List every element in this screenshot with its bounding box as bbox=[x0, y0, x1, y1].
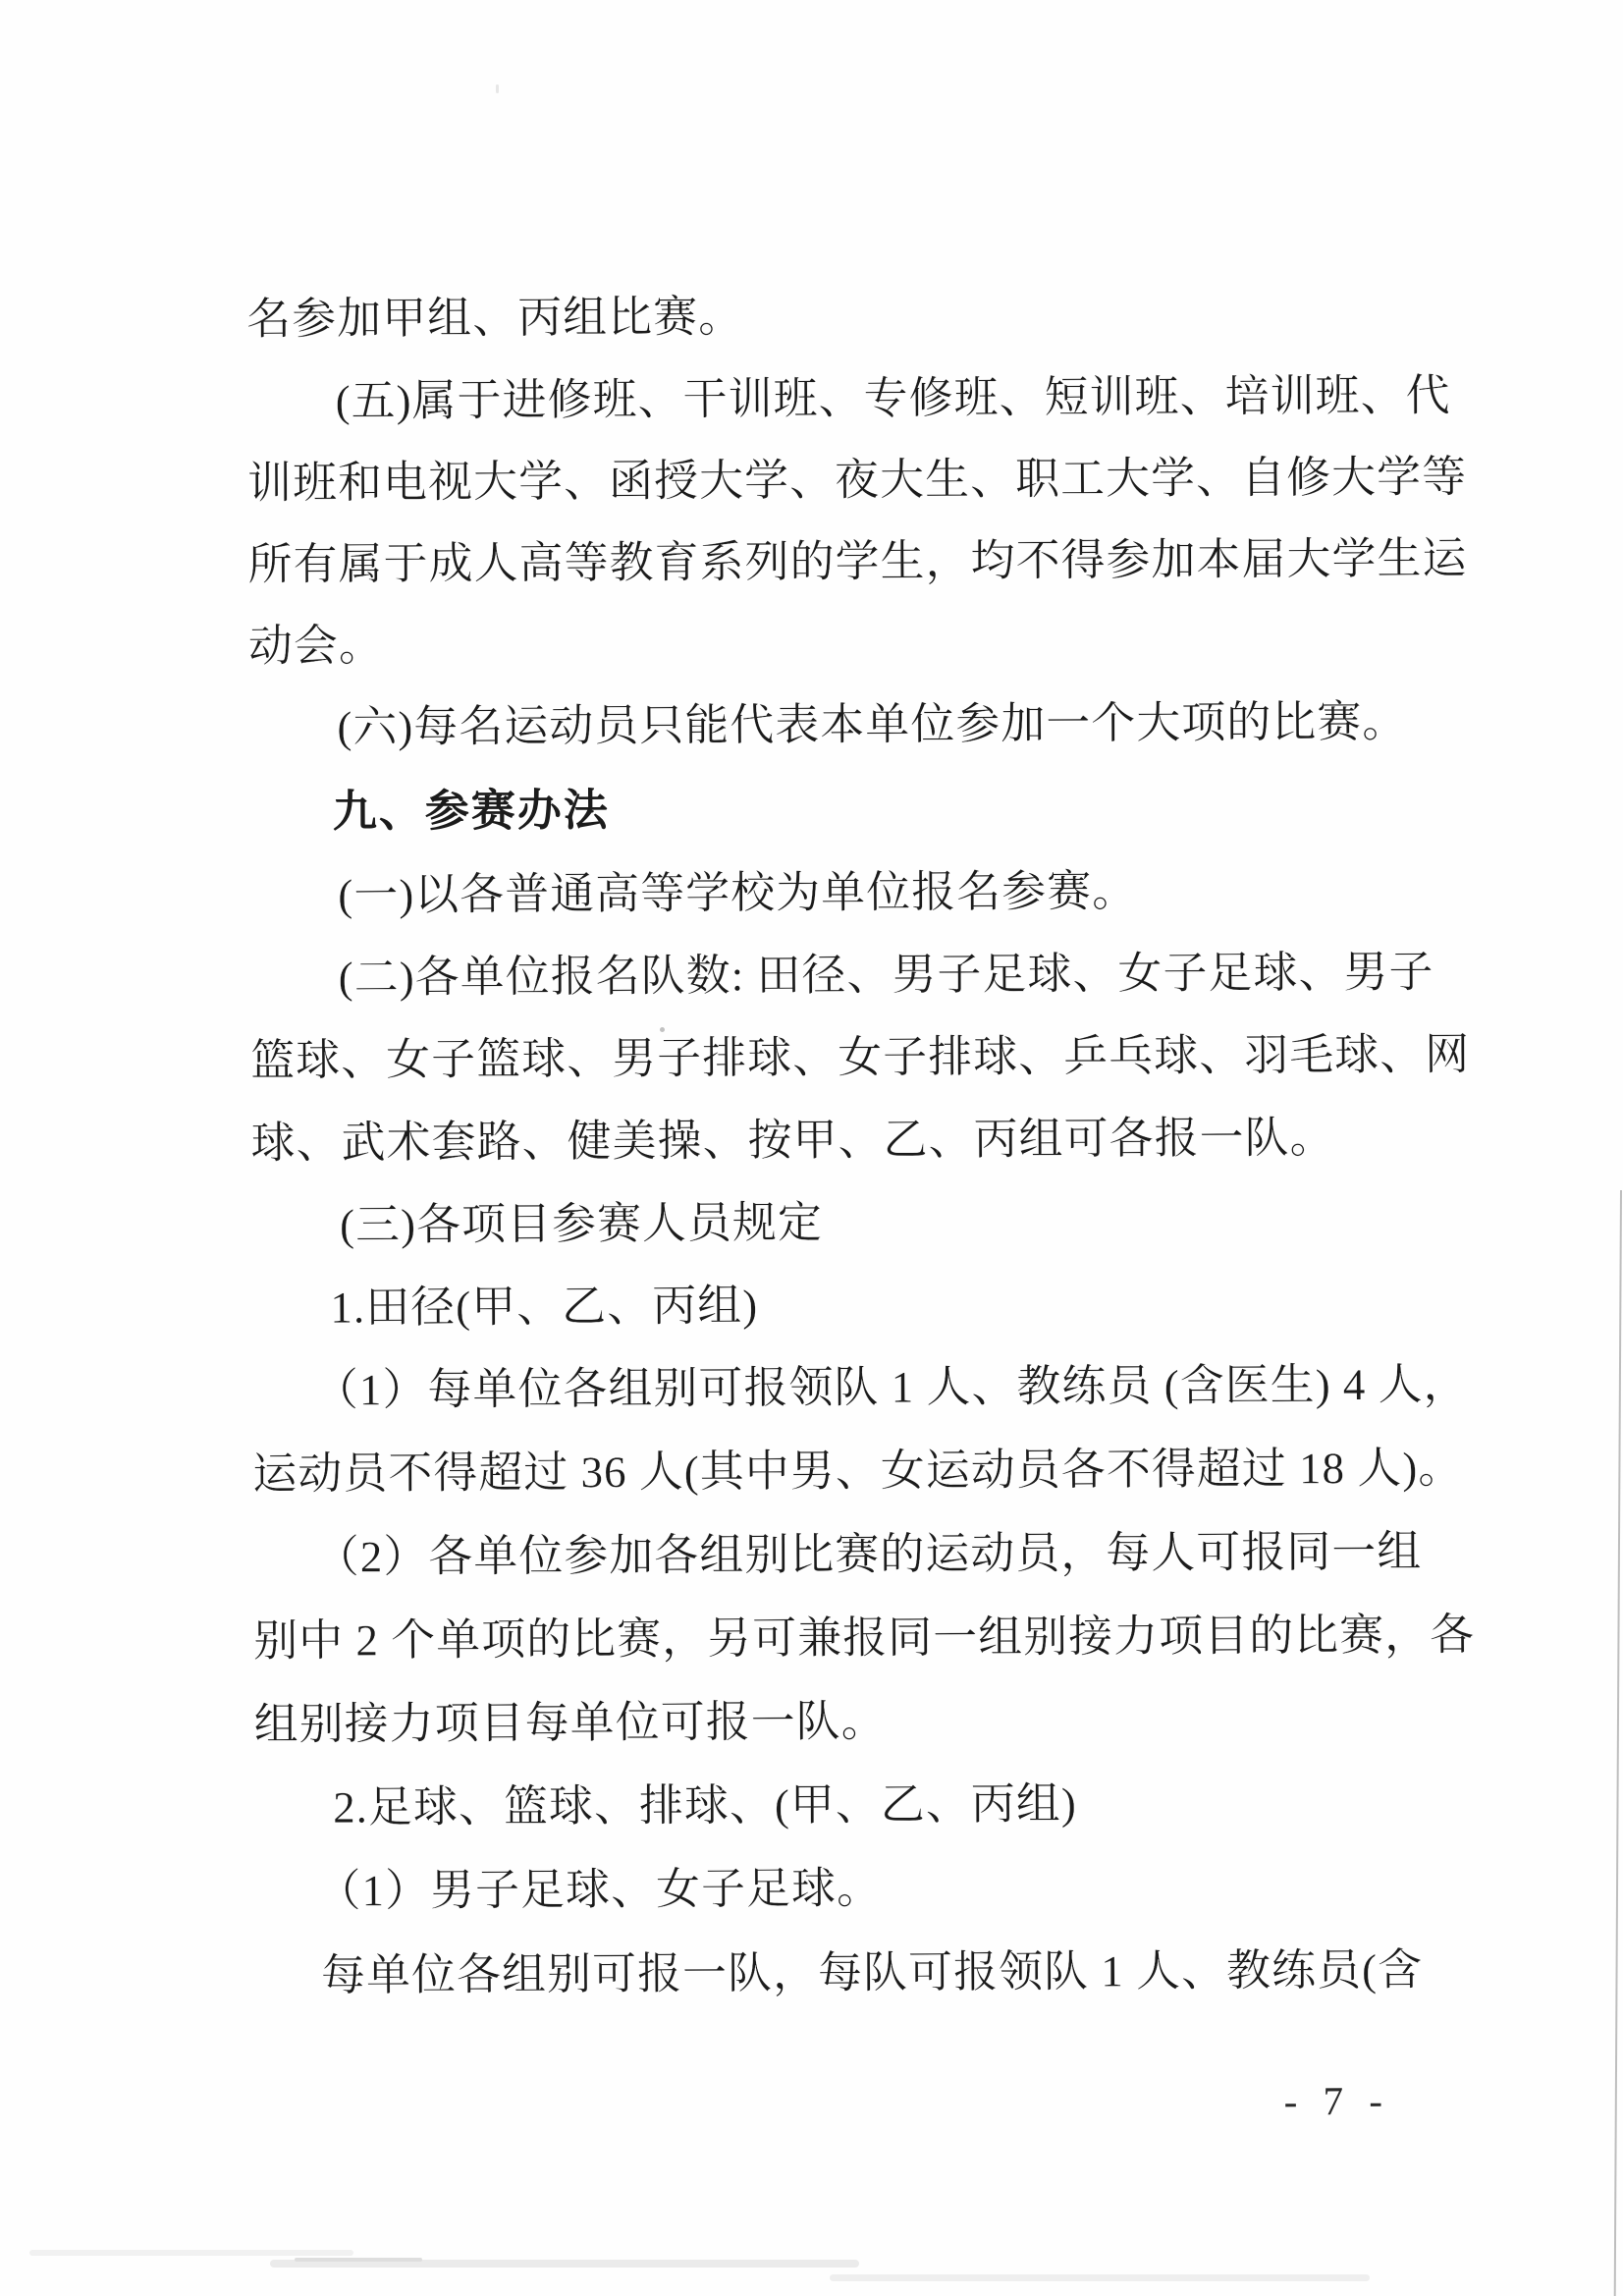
section-heading: 九、参赛办法 bbox=[333, 789, 610, 834]
doc-line-18: 组别接力项目每单位可报一队。 bbox=[254, 1700, 887, 1747]
doc-line-21: 每单位各组别可报一队，每队可报领队 1 人、教练员(含 bbox=[321, 1948, 1423, 1998]
doc-line-17: 别中 2 个单项的比赛，另可兼报同一组别接力项目的比赛，各 bbox=[253, 1613, 1475, 1664]
doc-line-15: 运动员不得超过 36 人(其中男、女运动员各不得超过 18 人)。 bbox=[252, 1447, 1463, 1497]
doc-line-2: (五)属于进修班、干训班、专修班、短训班、培训班、代 bbox=[336, 374, 1451, 424]
doc-line-6: (六)每名运动员只能代表本单位参加一个大项的比赛。 bbox=[337, 700, 1407, 750]
doc-line-10: 篮球、女子篮球、男子排球、女子排球、乒乓球、羽毛球、网 bbox=[250, 1032, 1470, 1083]
doc-line-3: 训班和电视大学、函授大学、夜大生、职工大学、自修大学等 bbox=[247, 455, 1467, 506]
doc-line-4: 所有属于成人高等教育系列的学生，均不得参加本届大学生运 bbox=[247, 536, 1467, 587]
doc-line-20: （1）男子足球、女子足球。 bbox=[316, 1867, 882, 1914]
doc-line-16: （2）各单位参加各组别比赛的运动员，每人可报同一组 bbox=[315, 1530, 1423, 1580]
document-body: 名参加甲组、丙组比赛。 (五)属于进修班、干训班、专修班、短训班、培训班、代 训… bbox=[0, 0, 1623, 2296]
doc-line-12: (三)各项目参赛人员规定 bbox=[340, 1201, 823, 1248]
doc-line-1: 名参加甲组、丙组比赛。 bbox=[246, 295, 743, 342]
doc-line-9: (二)各单位报名队数: 田径、男子足球、女子足球、男子 bbox=[339, 951, 1434, 1001]
doc-line-5: 动会。 bbox=[248, 624, 384, 669]
doc-line-19: 2.足球、篮球、排球、(甲、乙、丙组) bbox=[333, 1782, 1077, 1831]
doc-line-8: (一)以各普通高等学校为单位报名参赛。 bbox=[338, 869, 1137, 917]
doc-line-14: （1）每单位各组别可报领队 1 人、教练员 (含医生) 4 人， bbox=[314, 1363, 1469, 1413]
page-number: - 7 - bbox=[1284, 2077, 1391, 2125]
doc-line-13: 1.田径(甲、乙、丙组) bbox=[330, 1284, 758, 1330]
doc-line-11: 球、武术套路、健美操、按甲、乙、丙组可各报一队。 bbox=[250, 1116, 1334, 1166]
document-page: 名参加甲组、丙组比赛。 (五)属于进修班、干训班、专修班、短训班、培训班、代 训… bbox=[0, 0, 1623, 2296]
